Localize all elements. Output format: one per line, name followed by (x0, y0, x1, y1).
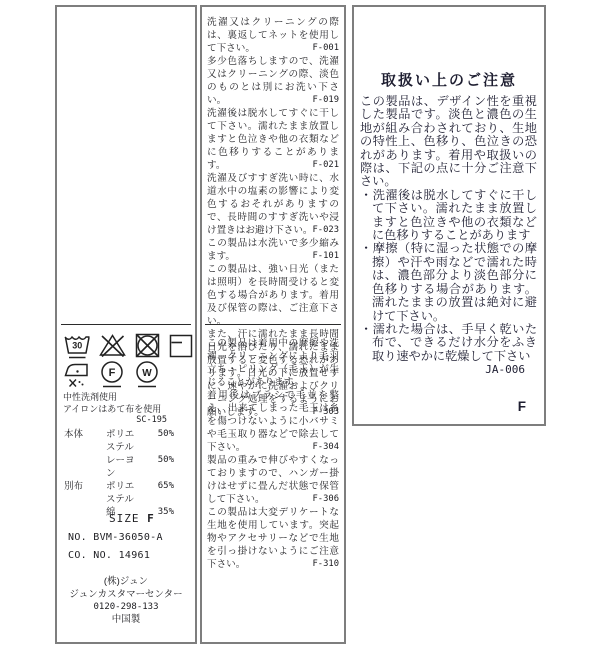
precaution-item: 摩擦（特に湿った状態での摩擦）や汗や雨などで濡れた時は、濃色部分より淡色部分に色… (360, 242, 537, 322)
instruction-code: F-001 (313, 42, 339, 55)
instruction-item: この製品は着用中の摩擦や洗濯、クリーニングにより毛羽立ち・ピリング（毛玉）が生じ… (207, 337, 339, 389)
precautions-intro: この製品は、デザイン性を重視した製品です。淡色と濃色の生地が組み合わされており、… (360, 95, 537, 189)
table-row: 本体 ポリエステル 50% (64, 428, 189, 454)
composition-part: 別布 (64, 480, 106, 506)
precaution-item: 洗濯後は脱水してすぐに干して下さい。濡れたまま放置しますと色泣きや他の衣類などに… (360, 189, 537, 243)
precautions-title: 取扱い上のご注意 (354, 69, 544, 90)
care-symbols-row-2: F W (63, 360, 160, 390)
instruction-code: F-019 (313, 94, 339, 107)
country-of-origin: 中国製 (57, 614, 195, 627)
washing-notes: 中性洗剤使用 アイロンはあて布を使用 (63, 391, 161, 415)
svg-text:F: F (109, 367, 116, 379)
panel-composition-label: 30 (55, 5, 197, 644)
table-row: レーヨン 50% (64, 454, 189, 480)
composition-material: ポリエステル (106, 428, 143, 454)
do-not-bleach-icon (98, 331, 127, 360)
instruction-item: この製品は水洗いで多少縮みます。F-101 (207, 237, 339, 263)
instruction-code: F-023 (313, 224, 339, 237)
care-symbols-row-1: 30 (63, 331, 195, 360)
size-label: SIZE (109, 512, 140, 525)
instruction-item: 製品の重みで伸びやすくなっておりますので、ハンガー掛けはせずに畳んだ状態で保管し… (207, 454, 339, 506)
instruction-item: この製品は、強い日光（または照明）を長時間受けると変色する場合があります。着用及… (207, 263, 339, 328)
care-label-sheet: 30 (0, 0, 600, 650)
composition-material: レーヨン (106, 454, 143, 480)
svg-text:W: W (142, 368, 152, 379)
iron-low-no-steam-icon (63, 360, 90, 390)
panel-handling-precautions: 取扱い上のご注意 この製品は、デザイン性を重視した製品です。淡色と濃色の生地が組… (352, 5, 546, 426)
instruction-code: F-310 (313, 558, 339, 571)
instruction-item: 洗濯又はクリーニングの際は、裏返してネットを使用して下さい。F-001 (207, 16, 339, 55)
precautions-body: この製品は、デザイン性を重視した製品です。淡色と濃色の生地が組み合わされており、… (360, 95, 537, 377)
instruction-item: この製品は大変デリケートな生地を使用しています。突起物やアクセサリーなどで生地を… (207, 506, 339, 571)
customer-center: ジュンカスタマーセンター (57, 589, 195, 602)
dry-clean-F-mild-icon: F (99, 360, 125, 390)
size-line: SIZE F (109, 512, 155, 525)
precautions-code: JA-006 (360, 363, 537, 376)
wet-clean-W-mild-icon: W (134, 360, 160, 390)
fold-divider (205, 324, 341, 325)
note-detergent: 中性洗剤使用 (63, 391, 161, 403)
composition-percent: 65% (143, 480, 189, 506)
table-row: 別布 ポリエステル 65% (64, 480, 189, 506)
instruction-item: 洗濯後は脱水してすぐに干して下さい。濡れたまま放置しますと色泣きや他の衣類などに… (207, 107, 339, 172)
composition-part (64, 506, 106, 519)
composition-percent: 50% (143, 428, 189, 454)
size-mark: F (518, 399, 526, 414)
svg-text:30: 30 (72, 341, 82, 351)
fabric-composition-table: 本体 ポリエステル 50% レーヨン 50% 別布 ポリエステル 65% 綿 3… (64, 428, 189, 519)
quality-code: SC-195 (136, 415, 167, 425)
instruction-code: F-306 (313, 493, 339, 506)
instruction-item: 洗濯及びすすぎ洗い時に、水道水中の塩素の影響により変色するおそれがありますので、… (207, 172, 339, 237)
phone-number: 0120-298-133 (57, 601, 195, 614)
instruction-item: 多少色落ちしますので、洗濯又はクリーニングの際、淡色のものとは別にお洗い下さい。… (207, 55, 339, 107)
size-value: F (147, 512, 155, 525)
panel-care-instructions: 洗濯又はクリーニングの際は、裏返してネットを使用して下さい。F-001 多少色落… (200, 5, 346, 644)
company-block: (株)ジュン ジュンカスタマーセンター 0120-298-133 中国製 (57, 576, 195, 626)
instruction-code: F-021 (313, 159, 339, 172)
product-number: NO. BVM-36050-A (68, 532, 163, 543)
dry-flat-icon (168, 331, 195, 360)
instruction-item: 着用後はブラシで毛並を整え、出来てしまった毛玉は糸を傷つけないように小バサミや毛… (207, 389, 339, 454)
instruction-code: F-101 (313, 250, 339, 263)
instruction-block-2: この製品は着用中の摩擦や洗濯、クリーニングにより毛羽立ち・ピリング（毛玉）が生じ… (207, 337, 339, 571)
wash-30-mild-icon: 30 (63, 331, 92, 360)
fold-divider (61, 324, 191, 325)
composition-part: 本体 (64, 428, 106, 454)
note-iron-cloth: アイロンはあて布を使用 (63, 403, 161, 415)
composition-material: ポリエステル (106, 480, 143, 506)
precaution-item: 濡れた場合は、手早く乾いた布で、できるだけ水分をふき取り速やかに乾燥して下さい (360, 323, 537, 363)
composition-percent: 50% (143, 454, 189, 480)
instruction-code: F-304 (313, 441, 339, 454)
composition-part (64, 454, 106, 480)
company-name: (株)ジュン (57, 576, 195, 589)
do-not-tumble-dry-icon (133, 331, 162, 360)
color-number: CO. NO. 14961 (68, 550, 150, 561)
